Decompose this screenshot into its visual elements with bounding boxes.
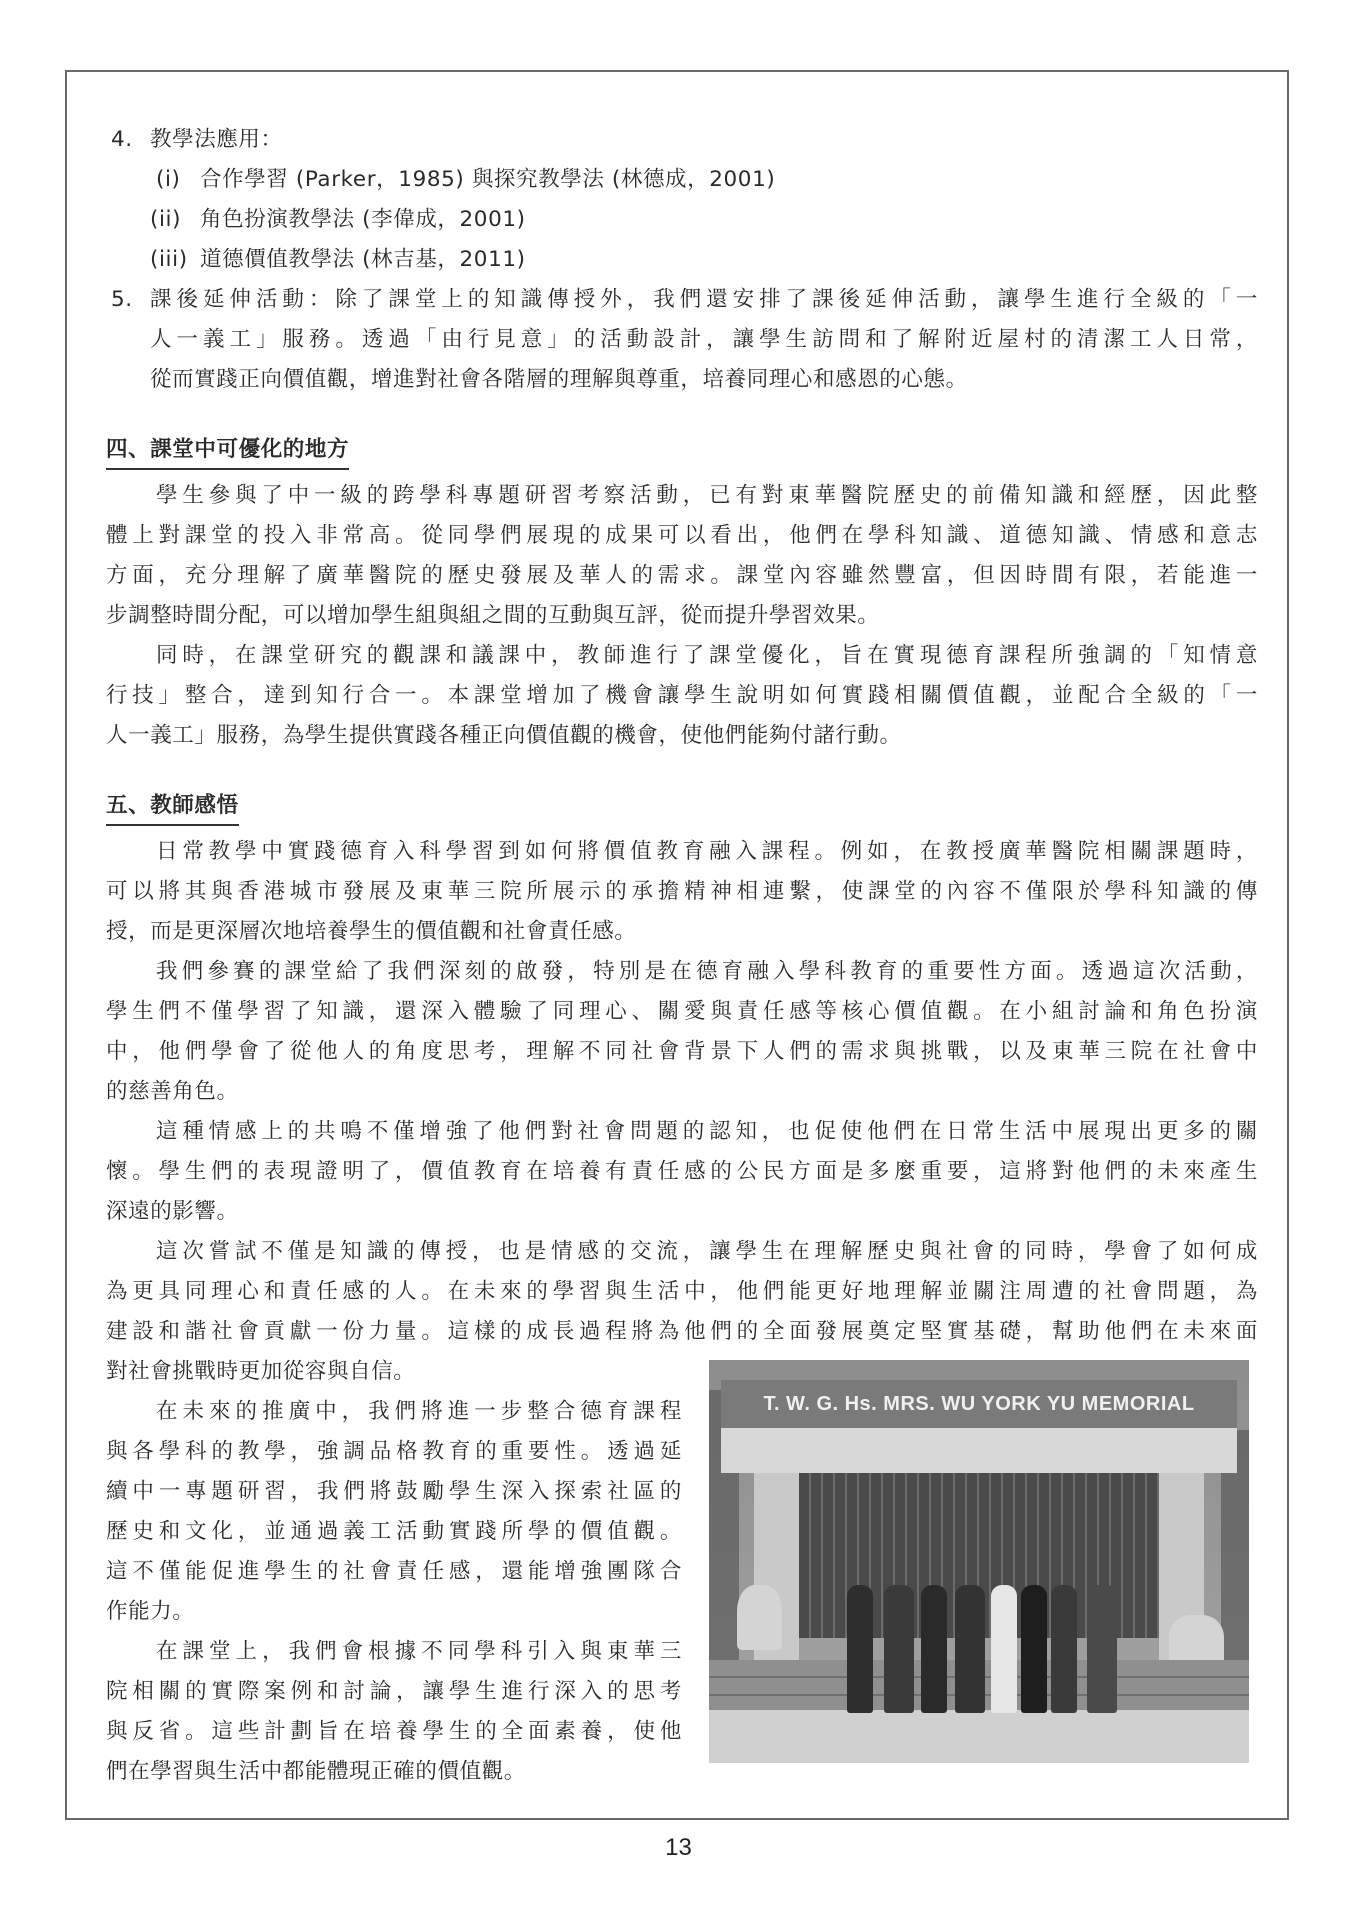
- person-figure: [991, 1585, 1017, 1713]
- list-number: 4.: [111, 120, 133, 160]
- text-line: 在課堂上，我們會根據不同學科引入與東華三: [106, 1632, 682, 1672]
- person-figure: [884, 1585, 914, 1713]
- text-line: 人一義工」服務，為學生提供實踐各種正向價值觀的機會，使他們能夠付諸行動。: [106, 716, 1258, 756]
- person-figure: [1087, 1585, 1117, 1713]
- person-figure: [1021, 1585, 1047, 1713]
- paragraph: 我們參賽的課堂給了我們深刻的啟發，特別是在德育融入學科教育的重要性方面。透過這次…: [106, 952, 1258, 1112]
- text-line: 課後延伸活動：除了課堂上的知識傳授外，我們還安排了課後延伸活動，讓學生進行全級的…: [106, 280, 1258, 320]
- list-number: 5.: [111, 280, 133, 320]
- text-line: 續中一專題研習，我們將鼓勵學生深入探索社區的: [106, 1472, 682, 1512]
- text-line: 中，他們學會了從他人的角度思考，理解不同社會背景下人們的需求與挑戰，以及東華三院…: [106, 1032, 1258, 1072]
- text-line: 人一義工」服務。透過「由行見意」的活動設計，讓學生訪問和了解附近屋村的清潔工人日…: [106, 320, 1258, 360]
- paragraph: 學生參與了中一級的跨學科專題研習考察活動，已有對東華醫院歷史的前備知識和經歷，因…: [106, 476, 1258, 636]
- text-line: 懷。學生們的表現證明了，價值教育在培養有責任感的公民方面是多麼重要，這將對他們的…: [106, 1152, 1258, 1192]
- text-line: 建設和諧社會貢獻一份力量。這樣的成長過程將為他們的全面發展奠定堅實基礎，幫助他們…: [106, 1312, 1258, 1352]
- sub-item-label: (iii): [150, 240, 200, 280]
- person-figure: [1051, 1585, 1077, 1713]
- paragraph: 日常教學中實踐德育入科學習到如何將價值教育融入課程。例如，在教授廣華醫院相關課題…: [106, 832, 1258, 952]
- text-line: 與各學科的教學，強調品格教育的重要性。透過延: [106, 1432, 682, 1472]
- section-heading-5: 五、教師感悟: [106, 788, 239, 826]
- person-figure: [847, 1585, 873, 1713]
- text-line: 從而實踐正向價值觀，增進對社會各階層的理解與尊重，培養同理心和感恩的心態。: [106, 360, 1258, 400]
- sub-item: (i)合作學習 (Parker，1985) 與探究教學法 (林德成，2001): [106, 160, 1258, 200]
- text-line: 學生參與了中一級的跨學科專題研習考察活動，已有對東華醫院歷史的前備知識和經歷，因…: [106, 476, 1258, 516]
- text-line: 深遠的影響。: [106, 1192, 1258, 1232]
- paragraph: 這種情感上的共鳴不僅增強了他們對社會問題的認知，也促使他們在日常生活中展現出更多…: [106, 1112, 1258, 1232]
- text-line: 這不僅能促進學生的社會責任感，還能增強團隊合: [106, 1552, 682, 1592]
- school-sign: T. W. G. Hs. MRS. WU YORK YU MEMORIAL CO…: [721, 1380, 1237, 1428]
- paragraph: 在未來的推廣中，我們將進一步整合德育課程 與各學科的教學，強調品格教育的重要性。…: [106, 1392, 682, 1632]
- section-heading-4: 四、課堂中可優化的地方: [106, 432, 349, 470]
- paragraph: 同時，在課堂研究的觀課和議課中，教師進行了課堂優化，旨在實現德育課程所強調的「知…: [106, 636, 1258, 756]
- text-line: 日常教學中實踐德育入科學習到如何將價值教育融入課程。例如，在教授廣華醫院相關課題…: [106, 832, 1258, 872]
- list-item-4: 4. 教學法應用：: [106, 120, 1258, 160]
- text-line: 方面，充分理解了廣華醫院的歷史發展及華人的需求。課堂內容雖然豐富，但因時間有限，…: [106, 556, 1258, 596]
- sub-item-label: (ii): [150, 200, 200, 240]
- sub-item-text: 合作學習 (Parker，1985) 與探究教學法 (林德成，2001): [200, 167, 775, 192]
- school-group-photo: T. W. G. Hs. MRS. WU YORK YU MEMORIAL CO…: [709, 1360, 1249, 1763]
- text-line: 的慈善角色。: [106, 1072, 1258, 1112]
- sub-item: (ii)角色扮演教學法 (李偉成，2001): [106, 200, 1258, 240]
- text-line: 這種情感上的共鳴不僅增強了他們對社會問題的認知，也促使他們在日常生活中展現出更多…: [106, 1112, 1258, 1152]
- entrance-canopy: [721, 1428, 1237, 1473]
- person-figure: [955, 1585, 985, 1713]
- sub-item-label: (i): [156, 160, 200, 200]
- text-line: 與反省。這些計劃旨在培養學生的全面素養，使他: [106, 1712, 682, 1752]
- text-line: 作能力。: [106, 1592, 682, 1632]
- text-line: 院相關的實際案例和討論，讓學生進行深入的思考: [106, 1672, 682, 1712]
- list-item-5: 5. 課後延伸活動：除了課堂上的知識傳授外，我們還安排了課後延伸活動，讓學生進行…: [106, 280, 1258, 320]
- stone-lion-left: [737, 1585, 782, 1650]
- text-line: 為更具同理心和責任感的人。在未來的學習與生活中，他們能更好地理解並關注周遭的社會…: [106, 1272, 1258, 1312]
- text-line: 授，而是更深層次地培養學生的價值觀和社會責任感。: [106, 912, 1258, 952]
- text-line: 這次嘗試不僅是知識的傳授，也是情感的交流，讓學生在理解歷史與社會的同時，學會了如…: [106, 1232, 1258, 1272]
- text-line: 可以將其與香港城市發展及東華三院所展示的承擔精神相連繫，使課堂的內容不僅限於學科…: [106, 872, 1258, 912]
- sub-item-text: 角色扮演教學法 (李偉成，2001): [200, 207, 526, 232]
- text-line: 體上對課堂的投入非常高。從同學們展現的成果可以看出，他們在學科知識、道德知識、情…: [106, 516, 1258, 556]
- paved-floor: [709, 1710, 1249, 1763]
- text-line: 我們參賽的課堂給了我們深刻的啟發，特別是在德育融入學科教育的重要性方面。透過這次…: [106, 952, 1258, 992]
- text-line: 學生們不僅學習了知識，還深入體驗了同理心、關愛與責任感等核心價值觀。在小組討論和…: [106, 992, 1258, 1032]
- text-line: 同時，在課堂研究的觀課和議課中，教師進行了課堂優化，旨在實現德育課程所強調的「知…: [106, 636, 1258, 676]
- person-figure: [921, 1585, 947, 1713]
- sub-item-text: 道德價值教學法 (林吉基，2011): [200, 247, 526, 272]
- text-line: 們在學習與生活中都能體現正確的價值觀。: [106, 1752, 682, 1792]
- text-line: 歷史和文化，並通過義工活動實踐所學的價值觀。: [106, 1512, 682, 1552]
- page-number: 13: [0, 1834, 1357, 1862]
- paragraph: 在課堂上，我們會根據不同學科引入與東華三 院相關的實際案例和討論，讓學生進行深入…: [106, 1632, 682, 1792]
- text-line: 行技」整合，達到知行合一。本課堂增加了機會讓學生說明如何實踐相關價值觀，並配合全…: [106, 676, 1258, 716]
- sub-item: (iii)道德價值教學法 (林吉基，2011): [106, 240, 1258, 280]
- text-line: 步調整時間分配，可以增加學生組與組之間的互動與互評，從而提升學習效果。: [106, 596, 1258, 636]
- text-line: 在未來的推廣中，我們將進一步整合德育課程: [106, 1392, 682, 1432]
